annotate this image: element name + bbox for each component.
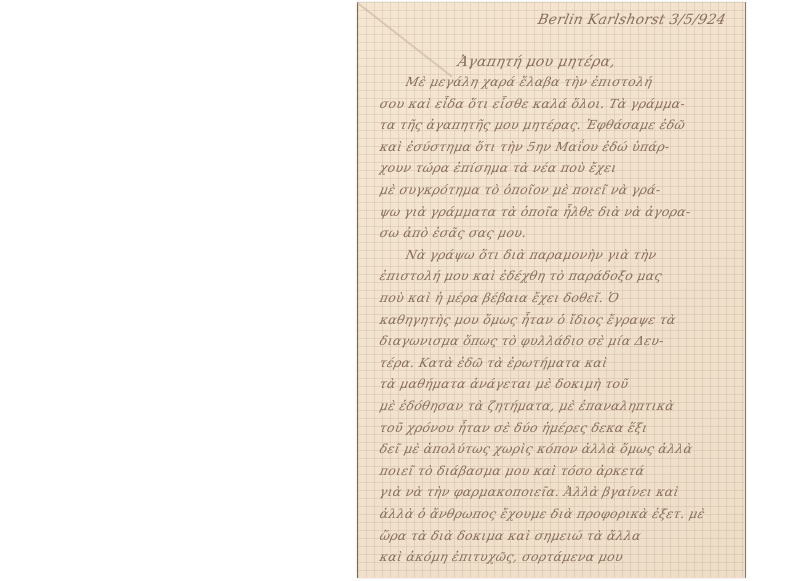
letter-line: χουν τώρα ἐπίσημα τὰ νέα ποὺ ἔχει [378,160,731,175]
letter-line: διαγωνισμα ὅπως τὸ φυλλάδιο σὲ μία Δευ- [378,333,731,348]
letter-page: Berlin Karlshorst 3/5/924 Ἀγαπητή μου μη… [357,2,746,578]
letter-line: τοῦ χρόνου ἦταν σὲ δύο ἡμέρες δεκα ἕξι [378,420,731,435]
letter-line: Μὲ μεγάλη χαρά ἔλαβα τὴν ἐπιστολή [404,74,757,89]
letter-line: καὶ ἀκόμη ἐπιτυχῶς, σορτάμενα μου [378,549,731,564]
letter-line: σου καὶ εἶδα ὅτι εἶσθε καλά ὅλοι. Τὰ γρά… [378,96,731,111]
letter-line: τα τῆς ἀγαπητῆς μου μητέρας. Ἐφθάσαμε ἐδ… [378,117,731,132]
letter-line: σω ἀπὸ ἐσᾶς σας μου. [378,225,731,240]
letter-line: ποὺ καὶ ἡ μέρα βέβαια ἔχει δοθεῖ. Ὁ [378,290,731,305]
letter-line: τὰ μαθήματα ἀνάγεται μὲ δοκιμὴ τοῦ [378,376,731,391]
letter-line: ὥρα τὰ διὰ δοκιμα καὶ σημειώ τὰ ἄλλα [378,528,731,543]
letter-line: ἐπιστολή μου καὶ ἐδέχθη τὸ παράδοξο μας [378,268,731,283]
letter-line: καὶ ἐσύστημα ὅτι τὴν 5ην Μαΐου ἐδώ ὑπάρ- [378,139,731,154]
letter-line: δεῖ μὲ ἀπολύτως χωρὶς κόπον ἀλλὰ ὅμως ἀλ… [378,441,731,456]
letter-place-date: Berlin Karlshorst 3/5/924 [536,12,727,28]
letter-line: γιὰ νὰ τὴν φαρμακοποιεῖα. Ἀλλὰ βγαίνει κ… [378,484,731,499]
letter-line: Νὰ γράψω ὅτι διὰ παραμονὴν γιὰ τὴν [404,247,757,262]
letter-line: καθηγητὴς μου ὅμως ἦταν ὁ ἴδιος ἔγραψε τ… [378,312,731,327]
letter-line: μὲ συγκρότημα τὸ ὁποῖον μὲ ποιεῖ νὰ γρά- [378,182,731,197]
letter-line: ἀλλὰ ὁ ἄνθρωπος ἔχουμε διὰ προφορικὰ ἐξε… [378,506,731,521]
letter-salutation: Ἀγαπητή μου μητέρα, [456,54,617,70]
letter-line: τέρα. Κατὰ ἐδῶ τὰ ἐρωτήματα καὶ [378,355,731,370]
letter-line: μὲ ἐδόθησαν τὰ ζητήματα, μὲ ἐπαναληπτικὰ [378,398,731,413]
paper-fold-crease [357,2,453,77]
letter-line: ποιεῖ τὸ διάβασμα μου καὶ τόσο ἀρκετά [378,463,731,478]
letter-line: ψω γιὰ γράμματα τὰ ὁποῖα ἦλθε διὰ νὰ ἀγο… [378,204,731,219]
